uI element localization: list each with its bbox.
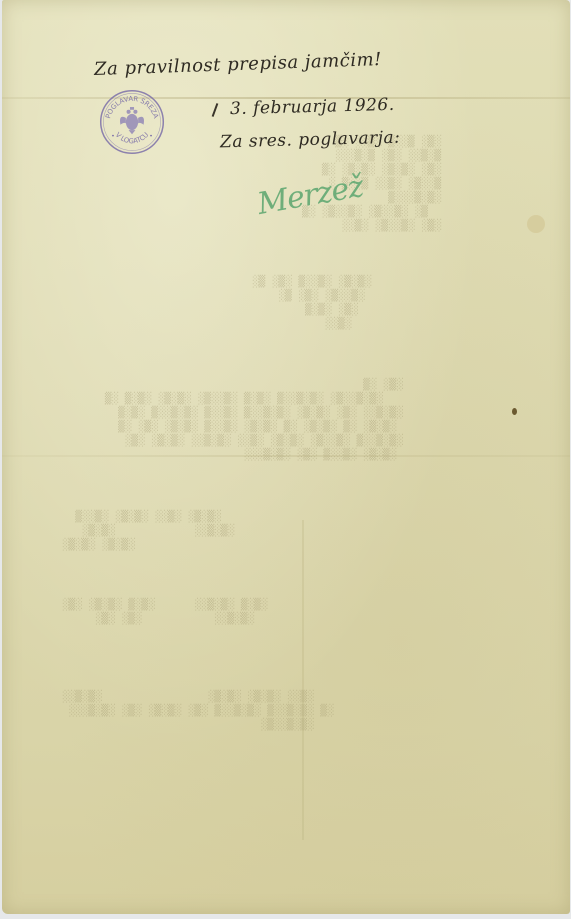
ink-spot [512,408,517,415]
bleed-through-block-3: ░▒░ ░▒ ░▒░▒░░▒░ ░▒░▒░░▒ ░▒░▒ ░▒░░▒░ ░▒░▒… [32,378,403,462]
document-page: ░▒░ ▒░░▒ ░▒░░ ░▒ ▒░▒░░ ░▒░ ▒░▒░░░ ░▒░ ░▒… [2,0,570,914]
paper-crease [302,520,304,840]
certification-line: Za pravilnost prepisa jamčim! [94,49,382,80]
handwriting-mark [212,103,219,117]
bleed-through-block-4: ░▒░▒░ ░▒░░ ░▒░▒░ ░▒░░▒ ░▒░▒░░ ░▒░▒░ ░▒░▒… [62,510,234,552]
official-stamp-icon: POGLAVAR SREZA V LOGATCU [98,88,166,156]
eagle-crest-icon [120,107,144,134]
date-line: 3. februarja 1926. [230,95,395,119]
bleed-through-block-5: ░▒░▒ ░▒░▒░░ ░▒░▒ ░▒░▒░ ░▒░ ░▒░▒░░ ░▒░ ░▒… [62,598,267,626]
bleed-through-block-6: ░▒░░ ░▒░▒░ ░▒░▒░ ░▒░▒░░ ░▒ ░▒░▒░░▒ ░▒░▒░… [62,690,334,732]
bleed-through-block-2: ░▒░▒░ ░▒░░▒ ░▒░ ▒░ ░▒░░▒░ ░▒░ ▒░ ░▒░ ░▒░… [252,275,371,331]
stain [527,215,545,233]
